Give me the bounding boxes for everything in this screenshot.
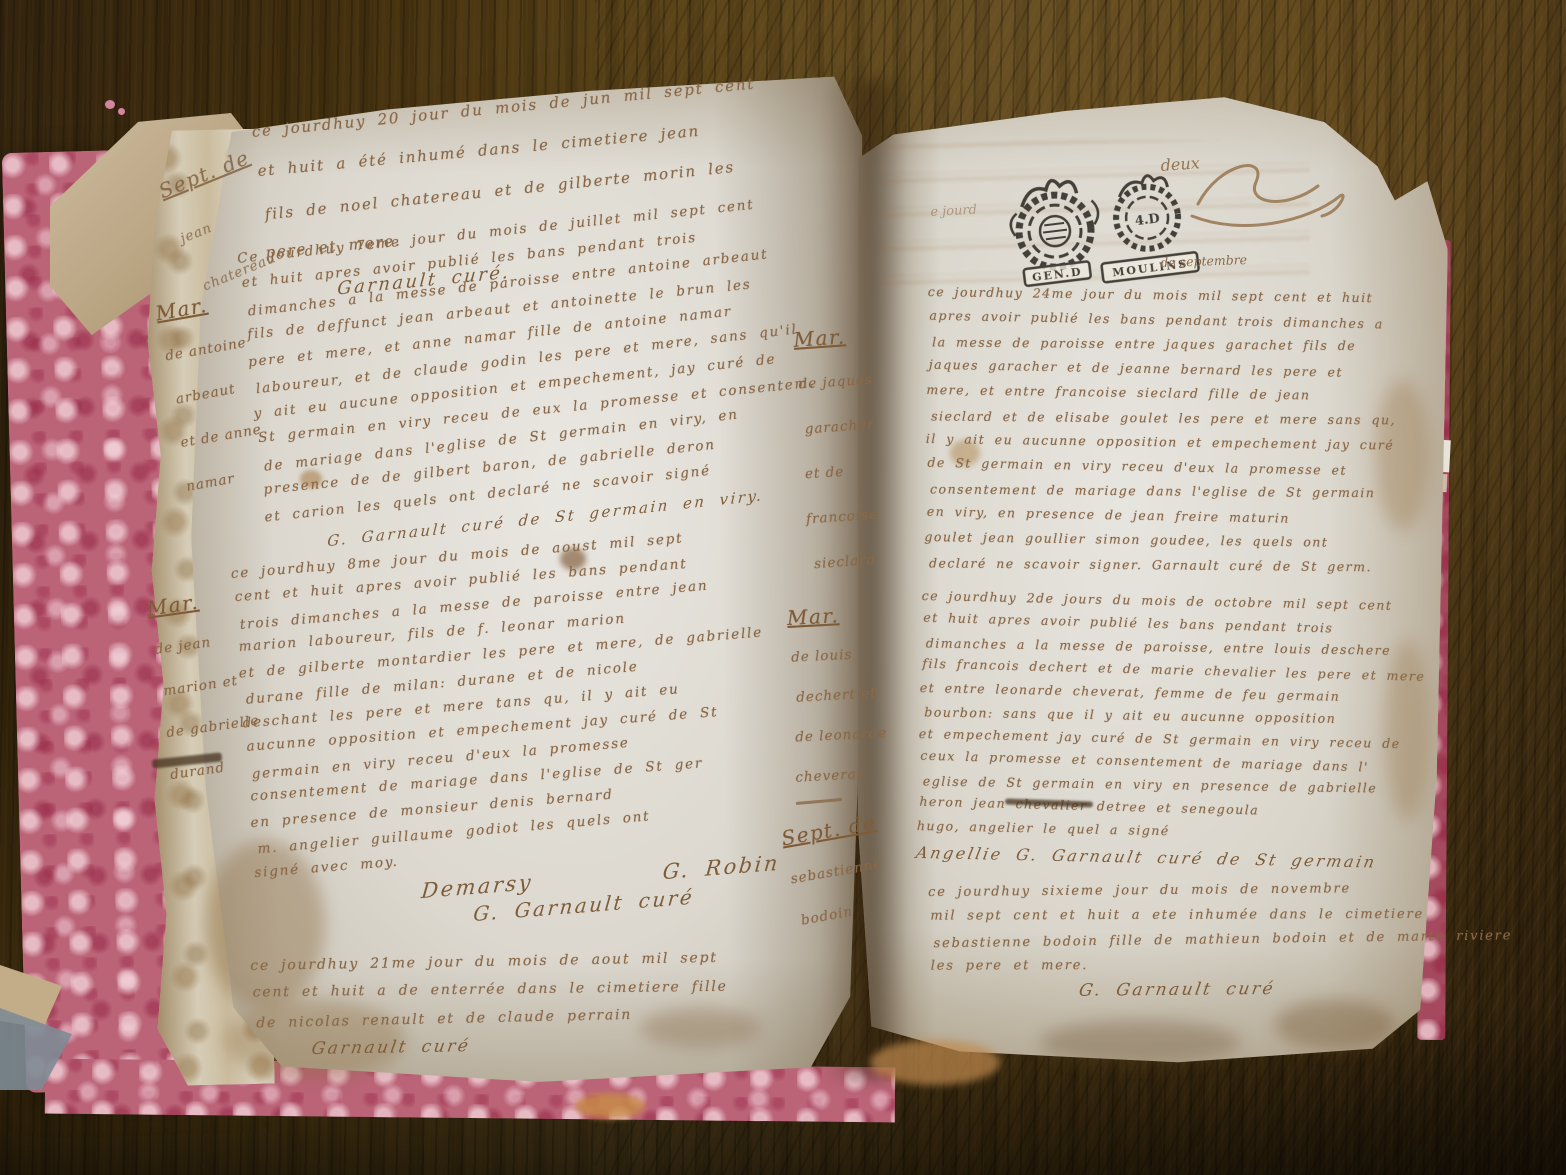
smudge [1275,1000,1395,1050]
pink-paper-shred [118,108,125,115]
entry-text: ce jourdhuy 21me jour du mois de aout mi… [250,942,821,1036]
register-entry-marriage-october: ce jourdhuy 2de jours du mois de octobre… [916,584,1442,875]
register-entry-marriage-september: ce jourdhuy 24me jour du mois mil sept c… [924,280,1443,581]
photo-parish-register-spread: 4.D GEN.D MOULINS deux de septembre e jo… [0,0,1566,1175]
register-entry-marriage-july: Ce jourdhuy 7eme jour du mois de juillet… [236,183,866,560]
register-entry-burial-august: ce jourdhuy 21me jour du mois de aout mi… [250,942,822,1064]
pink-paper-shred [105,100,115,109]
faded-text-fragment: e jourd [930,203,977,220]
entry-text: ce jourdhuy sixieme jour du mois de nove… [928,875,1449,980]
smudge [1040,1020,1240,1065]
entry-text: ce jourdhuy 2de jours du mois de octobre… [917,584,1442,848]
entry-text: ce jourdhuy 8me jour du mois de aoust mi… [230,515,854,886]
entry-text: ce jourdhuy 24me jour du mois mil sept c… [924,280,1443,581]
register-entry-burial-november: ce jourdhuy sixieme jour du mois de nove… [928,875,1449,1005]
entry-text: Ce jourdhuy 7eme jour du mois de juillet… [236,183,863,530]
worn-cover-spot [575,1093,645,1119]
handwritten-word-deux: deux [1160,153,1200,175]
worn-cover-spot [870,1040,1000,1085]
margin-note-marriage-dechert-cheverat: Mar.de louisdechert etde leonardechevera… [786,593,889,798]
register-entry-marriage-august: ce jourdhuy 8me jour du mois de aoust mi… [230,515,858,944]
inserted-date-septembre: de septembre [1160,252,1247,270]
signature-paraph-flourish [1190,152,1360,240]
stamp-denomination: 4.D [1134,211,1161,229]
curate-signature: G. Garnault curé [1077,975,1451,1003]
